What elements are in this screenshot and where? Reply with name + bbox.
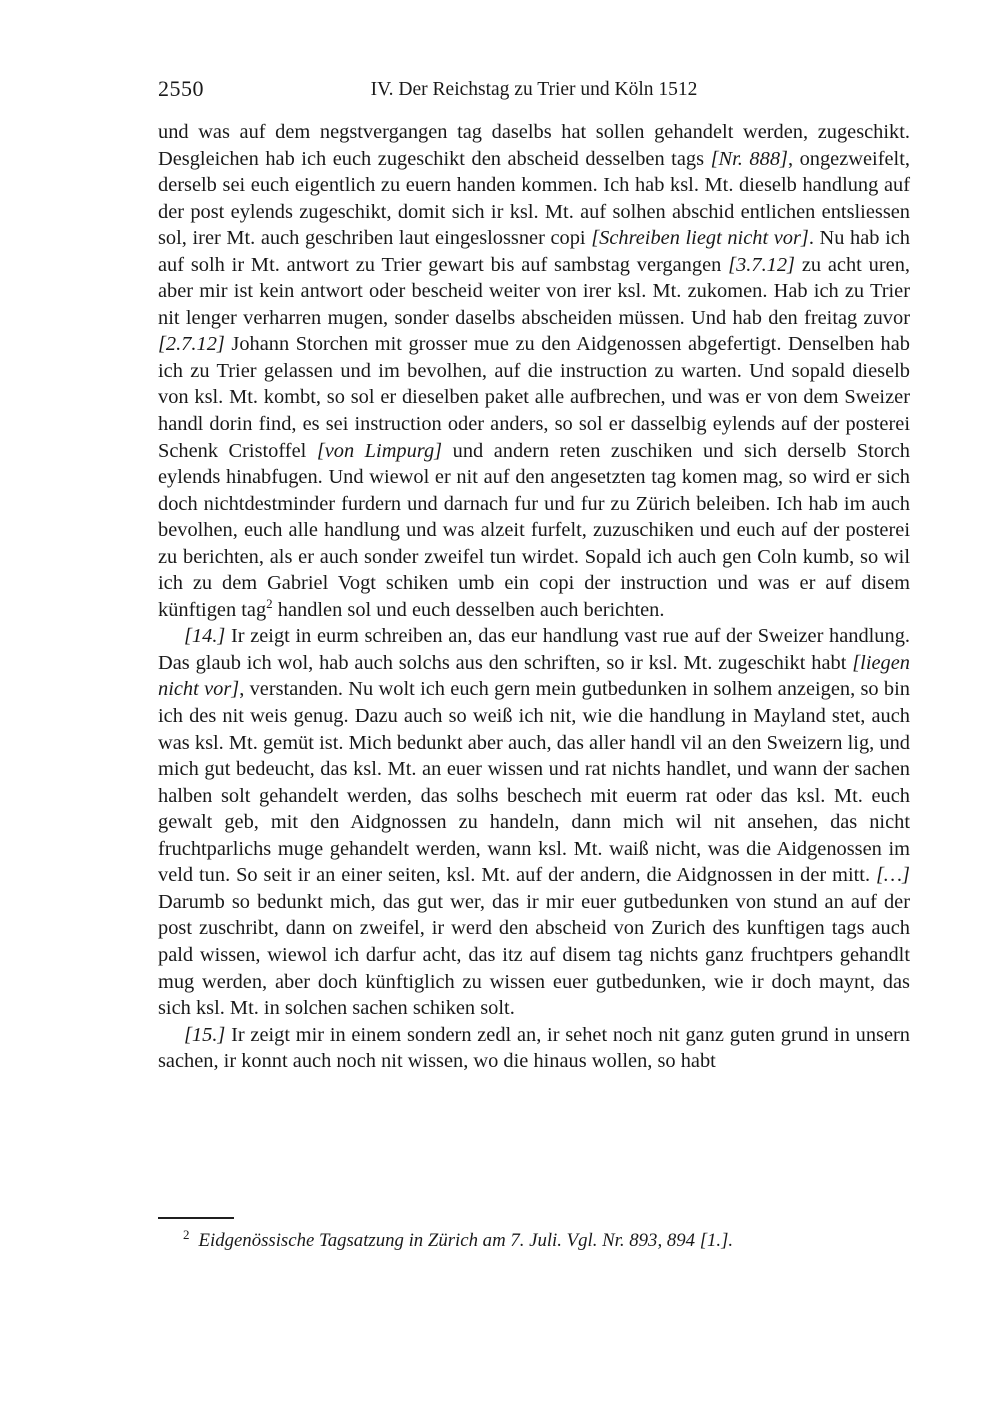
editorial-note: [14.] — [184, 625, 225, 647]
text-segment: Darumb so bedunkt mich, das gut wer, das… — [158, 891, 910, 1019]
main-text: und was auf dem negstvergangen tag dasel… — [158, 119, 910, 1075]
footnote-text: Eidgenössische Tagsatzung in Zürich am 7… — [199, 1230, 734, 1251]
editorial-note: [Schreiben liegt nicht vor] — [591, 227, 809, 249]
editorial-note: […] — [876, 864, 910, 886]
text-segment: Ir zeigt mir in einem sondern zedl an, i… — [158, 1024, 910, 1073]
footnote: 2Eidgenössische Tagsatzung in Zürich am … — [158, 1229, 910, 1253]
text-segment: handlen sol und euch desselben auch beri… — [273, 599, 665, 621]
editorial-note: [Nr. 888] — [711, 148, 788, 170]
paragraph-2: [14.] Ir zeigt in eurm schreiben an, das… — [158, 623, 910, 1021]
footnote-separator-rule — [158, 1217, 234, 1219]
paragraph-1: und was auf dem negstvergangen tag dasel… — [158, 119, 910, 623]
running-header: IV. Der Reichstag zu Trier und Köln 1512 — [158, 79, 910, 101]
paragraph-3: [15.] Ir zeigt mir in einem sondern zedl… — [158, 1022, 910, 1075]
footnote-marker: 2 — [183, 1227, 190, 1242]
footnote-area: 2Eidgenössische Tagsatzung in Zürich am … — [158, 1217, 910, 1253]
text-segment: und andern reten zuschiken und sich ders… — [158, 440, 910, 621]
editorial-note: [15.] — [184, 1024, 225, 1046]
page-header: 2550 IV. Der Reichstag zu Trier und Köln… — [158, 76, 910, 106]
book-page: 2550 IV. Der Reichstag zu Trier und Köln… — [0, 0, 1004, 1418]
text-segment: , verstanden. Nu wolt ich euch gern mein… — [158, 678, 910, 886]
editorial-note: [2.7.12] — [158, 333, 225, 355]
editorial-note: [von Limpurg] — [317, 440, 442, 462]
editorial-note: [3.7.12] — [728, 254, 795, 276]
text-segment: Ir zeigt in eurm schreiben an, das eur h… — [158, 625, 910, 674]
